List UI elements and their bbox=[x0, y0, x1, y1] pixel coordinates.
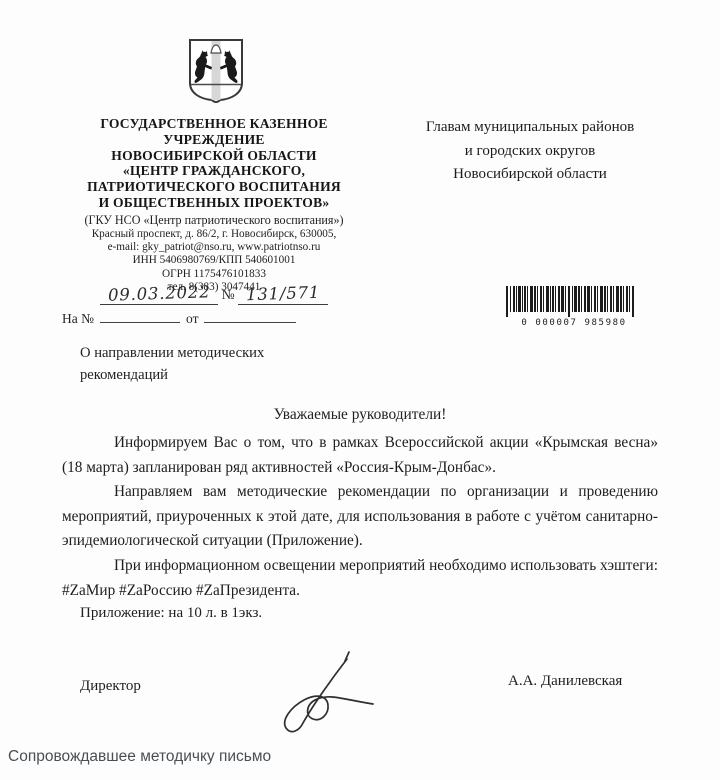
outgoing-number-underline: 131/571 bbox=[238, 284, 328, 305]
org-address: Красный проспект, д. 86/2, г. Новосибирс… bbox=[48, 228, 380, 240]
attachment-note: Приложение: на 10 л. в 1экз. bbox=[80, 605, 262, 622]
body-paragraph: Направляем вам методические рекомендации… bbox=[62, 480, 658, 554]
ref-number-blank bbox=[100, 310, 180, 323]
recipient-block: Главам муниципальных районов и городских… bbox=[398, 116, 662, 187]
ref-date-blank bbox=[204, 310, 296, 323]
reference-line: На №от bbox=[62, 310, 394, 327]
body-paragraph: При информационном освещении мероприятий… bbox=[62, 554, 658, 603]
scanned-letter-page: ГОСУДАРСТВЕННОЕ КАЗЕННОЕ УЧРЕЖДЕНИЕ НОВО… bbox=[0, 0, 720, 780]
org-short-name: (ГКУ НСО «Центр патриотического воспитан… bbox=[48, 214, 380, 227]
body-paragraph: Информируем Вас о том, что в рамках Всер… bbox=[62, 431, 658, 480]
outgoing-number-handwritten: 131/571 bbox=[246, 283, 321, 305]
org-email-site: e-mail: gky_patriot@nso.ru, www.patriotn… bbox=[48, 241, 380, 253]
letter-body: Информируем Вас о том, что в рамках Всер… bbox=[62, 431, 658, 603]
sender-block: ГОСУДАРСТВЕННОЕ КАЗЕННОЕ УЧРЕЖДЕНИЕ НОВО… bbox=[48, 116, 380, 293]
barcode-digits: 0 000007 985980 bbox=[506, 318, 642, 328]
greeting: Уважаемые руководители! bbox=[62, 406, 658, 424]
number-sign: № bbox=[222, 287, 235, 302]
barcode: 0 000007 985980 bbox=[506, 286, 642, 328]
org-name: ГОСУДАРСТВЕННОЕ КАЗЕННОЕ УЧРЕЖДЕНИЕ НОВО… bbox=[48, 116, 380, 211]
photo-caption: Сопровождавшее методичку письмо bbox=[8, 748, 271, 766]
org-ogrn: ОГРН 1175476101833 bbox=[48, 268, 380, 280]
barcode-bars bbox=[506, 286, 636, 319]
ref-number-label: На № bbox=[62, 311, 94, 326]
ref-from-label: от bbox=[186, 311, 198, 326]
outgoing-date-handwritten: 09.03.2022 bbox=[108, 282, 211, 305]
signature-scribble-icon bbox=[255, 645, 375, 737]
org-inn-kpp: ИНН 5406980769/КПП 540601001 bbox=[48, 254, 380, 266]
signer-position: Директор bbox=[80, 678, 141, 695]
registration-line: 09.03.2022 № 131/571 bbox=[48, 284, 380, 305]
outgoing-date-underline: 09.03.2022 bbox=[100, 284, 218, 305]
novosibirsk-oblast-coat-of-arms-icon bbox=[188, 38, 244, 104]
signer-name: А.А. Данилевская bbox=[508, 673, 622, 690]
subject-line: О направлении методических рекомендаций bbox=[80, 343, 330, 386]
